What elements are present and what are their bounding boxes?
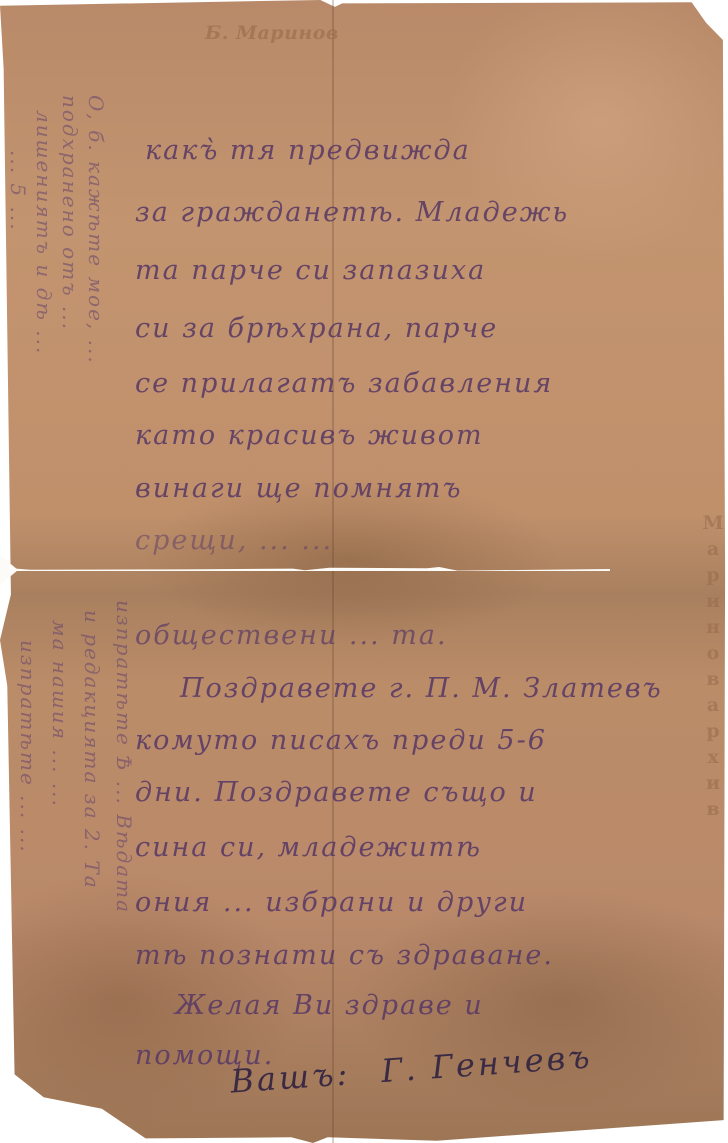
margin-note: и редакцията за 2. Та [80, 610, 104, 890]
watermark-letter: а [700, 536, 726, 562]
letter-line: за гражданетѣ. Младежь [135, 197, 569, 228]
margin-note: подхранено отъ ... [58, 95, 82, 331]
letter-line: какъ̀ тя предвижда [145, 135, 471, 166]
watermark-letter: в [700, 796, 726, 822]
watermark-letter: а [700, 692, 726, 718]
margin-note: лишениятъ и дѣ ... [32, 110, 56, 355]
watermark-letter: М [700, 510, 726, 536]
margin-note: ... 5 ... [6, 150, 30, 232]
margin-note: изпратѣте Ѣ ... Вѣдата [112, 600, 136, 914]
margin-note: О, б. кажѣте мое, ... [84, 95, 108, 365]
margin-note: ма нашия ... ... [48, 620, 72, 808]
archive-watermark-side: М а р и н о в а р х и в [700, 510, 726, 822]
watermark-letter: н [700, 614, 726, 640]
watermark-letter: р [700, 562, 726, 588]
margin-note: изпратѣте ... ... [16, 640, 40, 854]
letter-line: та парче си запазиха [135, 255, 486, 286]
archive-watermark-top: Б. Маринов [205, 22, 339, 44]
letter-sheet [0, 0, 728, 1143]
letter-line: тѣ познати съ здраване. [135, 940, 554, 971]
letter-line: дни. Поздравете също и [135, 777, 538, 808]
watermark-letter: о [700, 640, 726, 666]
watermark-letter: р [700, 718, 726, 744]
vertical-fold-crease [332, 0, 334, 1143]
letter-line: винаги ще помнятъ [135, 473, 462, 504]
letter-line: се прилагатъ забавления [135, 368, 553, 399]
letter-line: сина си, младежитѣ [135, 832, 482, 863]
letter-line: ония ... избрани и други [135, 887, 528, 918]
watermark-letter: и [700, 770, 726, 796]
letter-line: си за брѣхрана, парче [135, 313, 498, 344]
letter-line: като красивъ живот [135, 420, 484, 451]
letter-line: комуто писахъ преди 5-6 [135, 725, 547, 756]
letter-line: срещи, ... ... [135, 525, 333, 556]
letter-line: Поздравете г. П. М. Златевъ [180, 673, 663, 704]
letter-line: обществени ... та. [135, 620, 448, 651]
watermark-letter: и [700, 588, 726, 614]
watermark-letter: в [700, 666, 726, 692]
letter-line: Желая Ви здраве и [175, 990, 484, 1021]
watermark-letter: х [700, 744, 726, 770]
